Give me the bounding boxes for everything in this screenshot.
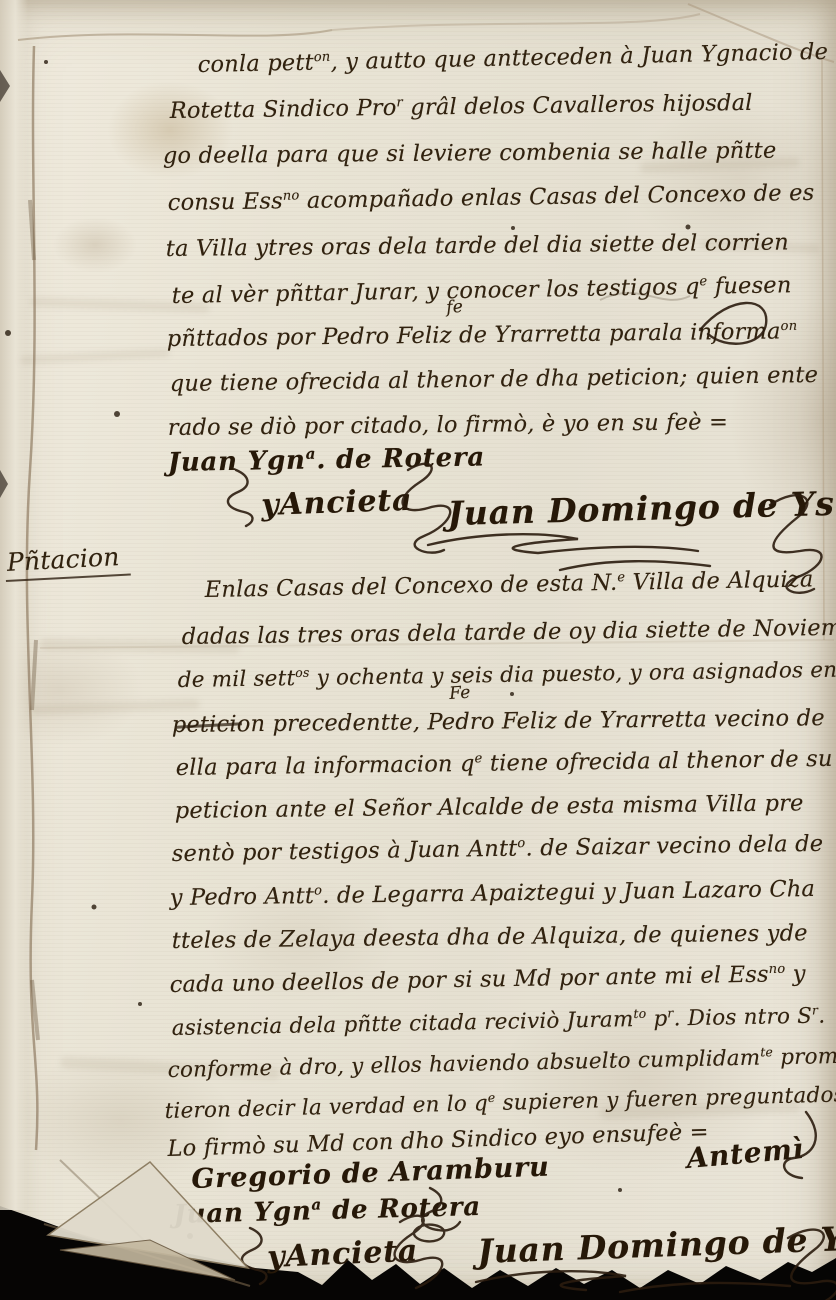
folded-corner xyxy=(0,0,836,1300)
manuscript-scan: conla petton, y autto que antteceden à J… xyxy=(0,0,836,1300)
